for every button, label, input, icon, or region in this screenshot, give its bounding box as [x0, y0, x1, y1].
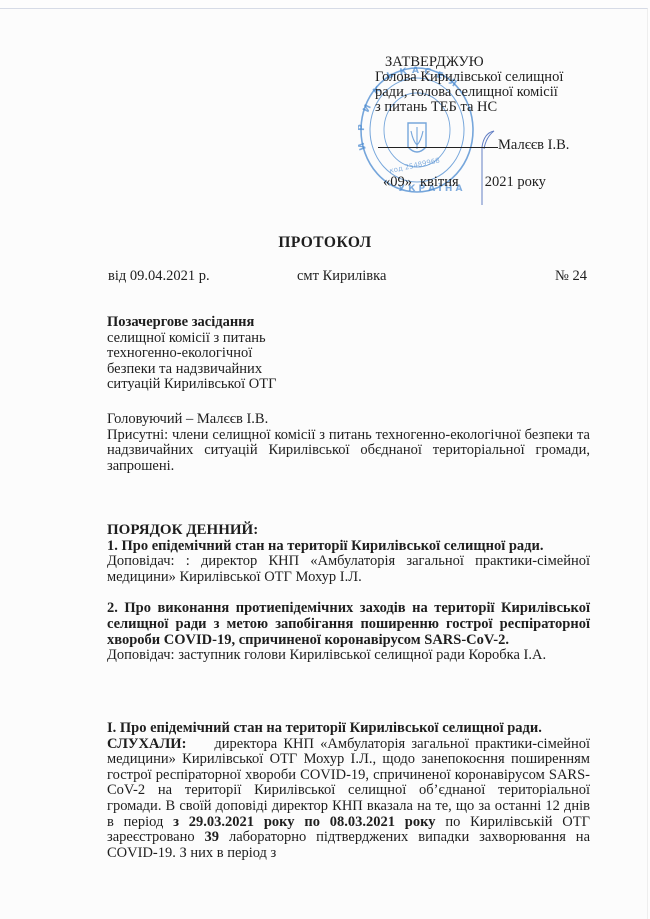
approval-date: «09»квітня2021 року [383, 174, 546, 191]
svg-text:код 25489968: код 25489968 [389, 156, 441, 174]
attendance: Головуючий – Малєєв І.В. Присутні: члени… [107, 412, 590, 474]
chairperson: Головуючий – Малєєв І.В. [107, 412, 590, 428]
session-line: техногенно-екологічної [107, 346, 276, 362]
svg-text:Р: Р [358, 124, 367, 131]
agenda-heading: ПОРЯДОК ДЕННИЙ: [107, 523, 590, 539]
svg-text:И: И [358, 141, 369, 152]
approval-block: ЗАТВЕРДЖУЮ Голова Кирилівської селищної … [375, 55, 563, 115]
section-1-body: СЛУХАЛИ:директора КНП «Амбулаторія загал… [107, 737, 590, 862]
session-line: безпеки та надзвичайних [107, 362, 276, 378]
approval-date-year: 2021 року [485, 174, 546, 191]
heard-label: СЛУХАЛИ: [107, 736, 186, 752]
document-title: ПРОТОКОЛ [0, 234, 650, 252]
agenda-item-speaker: Доповідач: заступник голови Кирилівської… [107, 648, 590, 664]
approval-date-month: квітня [420, 174, 459, 191]
approval-heading: ЗАТВЕРДЖУЮ [375, 55, 563, 70]
signature-line [378, 147, 498, 148]
agenda: ПОРЯДОК ДЕННИЙ: 1. Про епідемічний стан … [107, 523, 590, 664]
approval-position-line: Голова Кирилівської селищної [375, 70, 563, 85]
protocol-date: від 09.04.2021 р. [108, 268, 210, 285]
signatory-name: Малєєв І.В. [498, 137, 569, 154]
section-1-period: з 29.03.2021 року по 08.03.2021 року [173, 814, 435, 830]
approval-date-day: «09» [383, 174, 412, 191]
session-line: ситуацій Кирилівської ОТГ [107, 377, 276, 393]
agenda-item-speaker: Доповідач: : директор КНП «Амбулаторія з… [107, 554, 590, 585]
protocol-number: № 24 [555, 268, 587, 285]
present-list: Присутні: члени селищної комісії з питан… [107, 428, 590, 475]
section-1-count: 39 [205, 829, 220, 845]
agenda-item-title: 2. Про виконання протиепідемічних заході… [107, 601, 590, 648]
session-line: селищної комісії з питань [107, 331, 276, 347]
approval-position-line: з питань ТЕБ та НС [375, 100, 563, 115]
approval-position-line: ради, голова селищної комісії [375, 85, 563, 100]
session-type: Позачергове засідання [107, 315, 276, 331]
protocol-place: смт Кирилівка [297, 268, 386, 285]
svg-text:И: И [362, 103, 374, 114]
agenda-item-title: 1. Про епідемічний стан на території Кир… [107, 539, 590, 555]
session-description: Позачергове засідання селищної комісії з… [107, 315, 276, 393]
document-page: К И Р И Ь К А С Е Л У К Р А Ї Н А код 25… [0, 8, 648, 919]
section-1-title: І. Про епідемічний стан на території Кир… [107, 721, 590, 737]
section-1: І. Про епідемічний стан на території Кир… [107, 721, 590, 861]
